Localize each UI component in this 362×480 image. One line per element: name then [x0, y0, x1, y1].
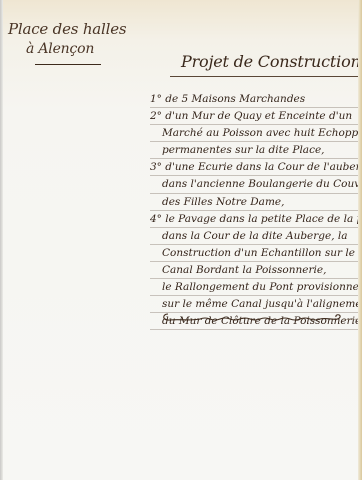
manuscript-page: Place des halles à Alençon Projet de Con…: [0, 0, 362, 480]
list-item: Construction d'un Echantillon sur le: [150, 245, 362, 262]
closing-flourish-icon: [160, 310, 360, 324]
project-list: 1° de 5 Maisons Marchandes 2° d'un Mur d…: [150, 91, 362, 330]
place-underline: [35, 64, 101, 65]
list-item: dans la Cour de la dite Auberge, la: [150, 228, 362, 245]
document-title: Projet de Construction: [181, 52, 361, 71]
list-item: 3° d'une Ecurie dans la Cour de l'auberg…: [150, 159, 362, 176]
title-underline: [170, 76, 358, 77]
list-item: 1° de 5 Maisons Marchandes: [150, 91, 362, 108]
place-title: Place des halles: [8, 20, 126, 38]
list-item: le Rallongement du Pont provisionnel: [150, 279, 362, 296]
list-item: 4° le Pavage dans la petite Place de la …: [150, 211, 362, 228]
list-item: permanentes sur la dite Place,: [150, 142, 362, 159]
list-item: dans l'ancienne Boulangerie du Couvent: [150, 176, 362, 193]
place-subtitle: à Alençon: [26, 41, 94, 57]
list-item: Canal Bordant la Poissonnerie,: [150, 262, 362, 279]
list-item: des Filles Notre Dame,: [150, 194, 362, 211]
list-item: Marché au Poisson avec huit Echoppes: [150, 125, 362, 142]
list-item: 2° d'un Mur de Quay et Enceinte d'un: [150, 108, 362, 125]
